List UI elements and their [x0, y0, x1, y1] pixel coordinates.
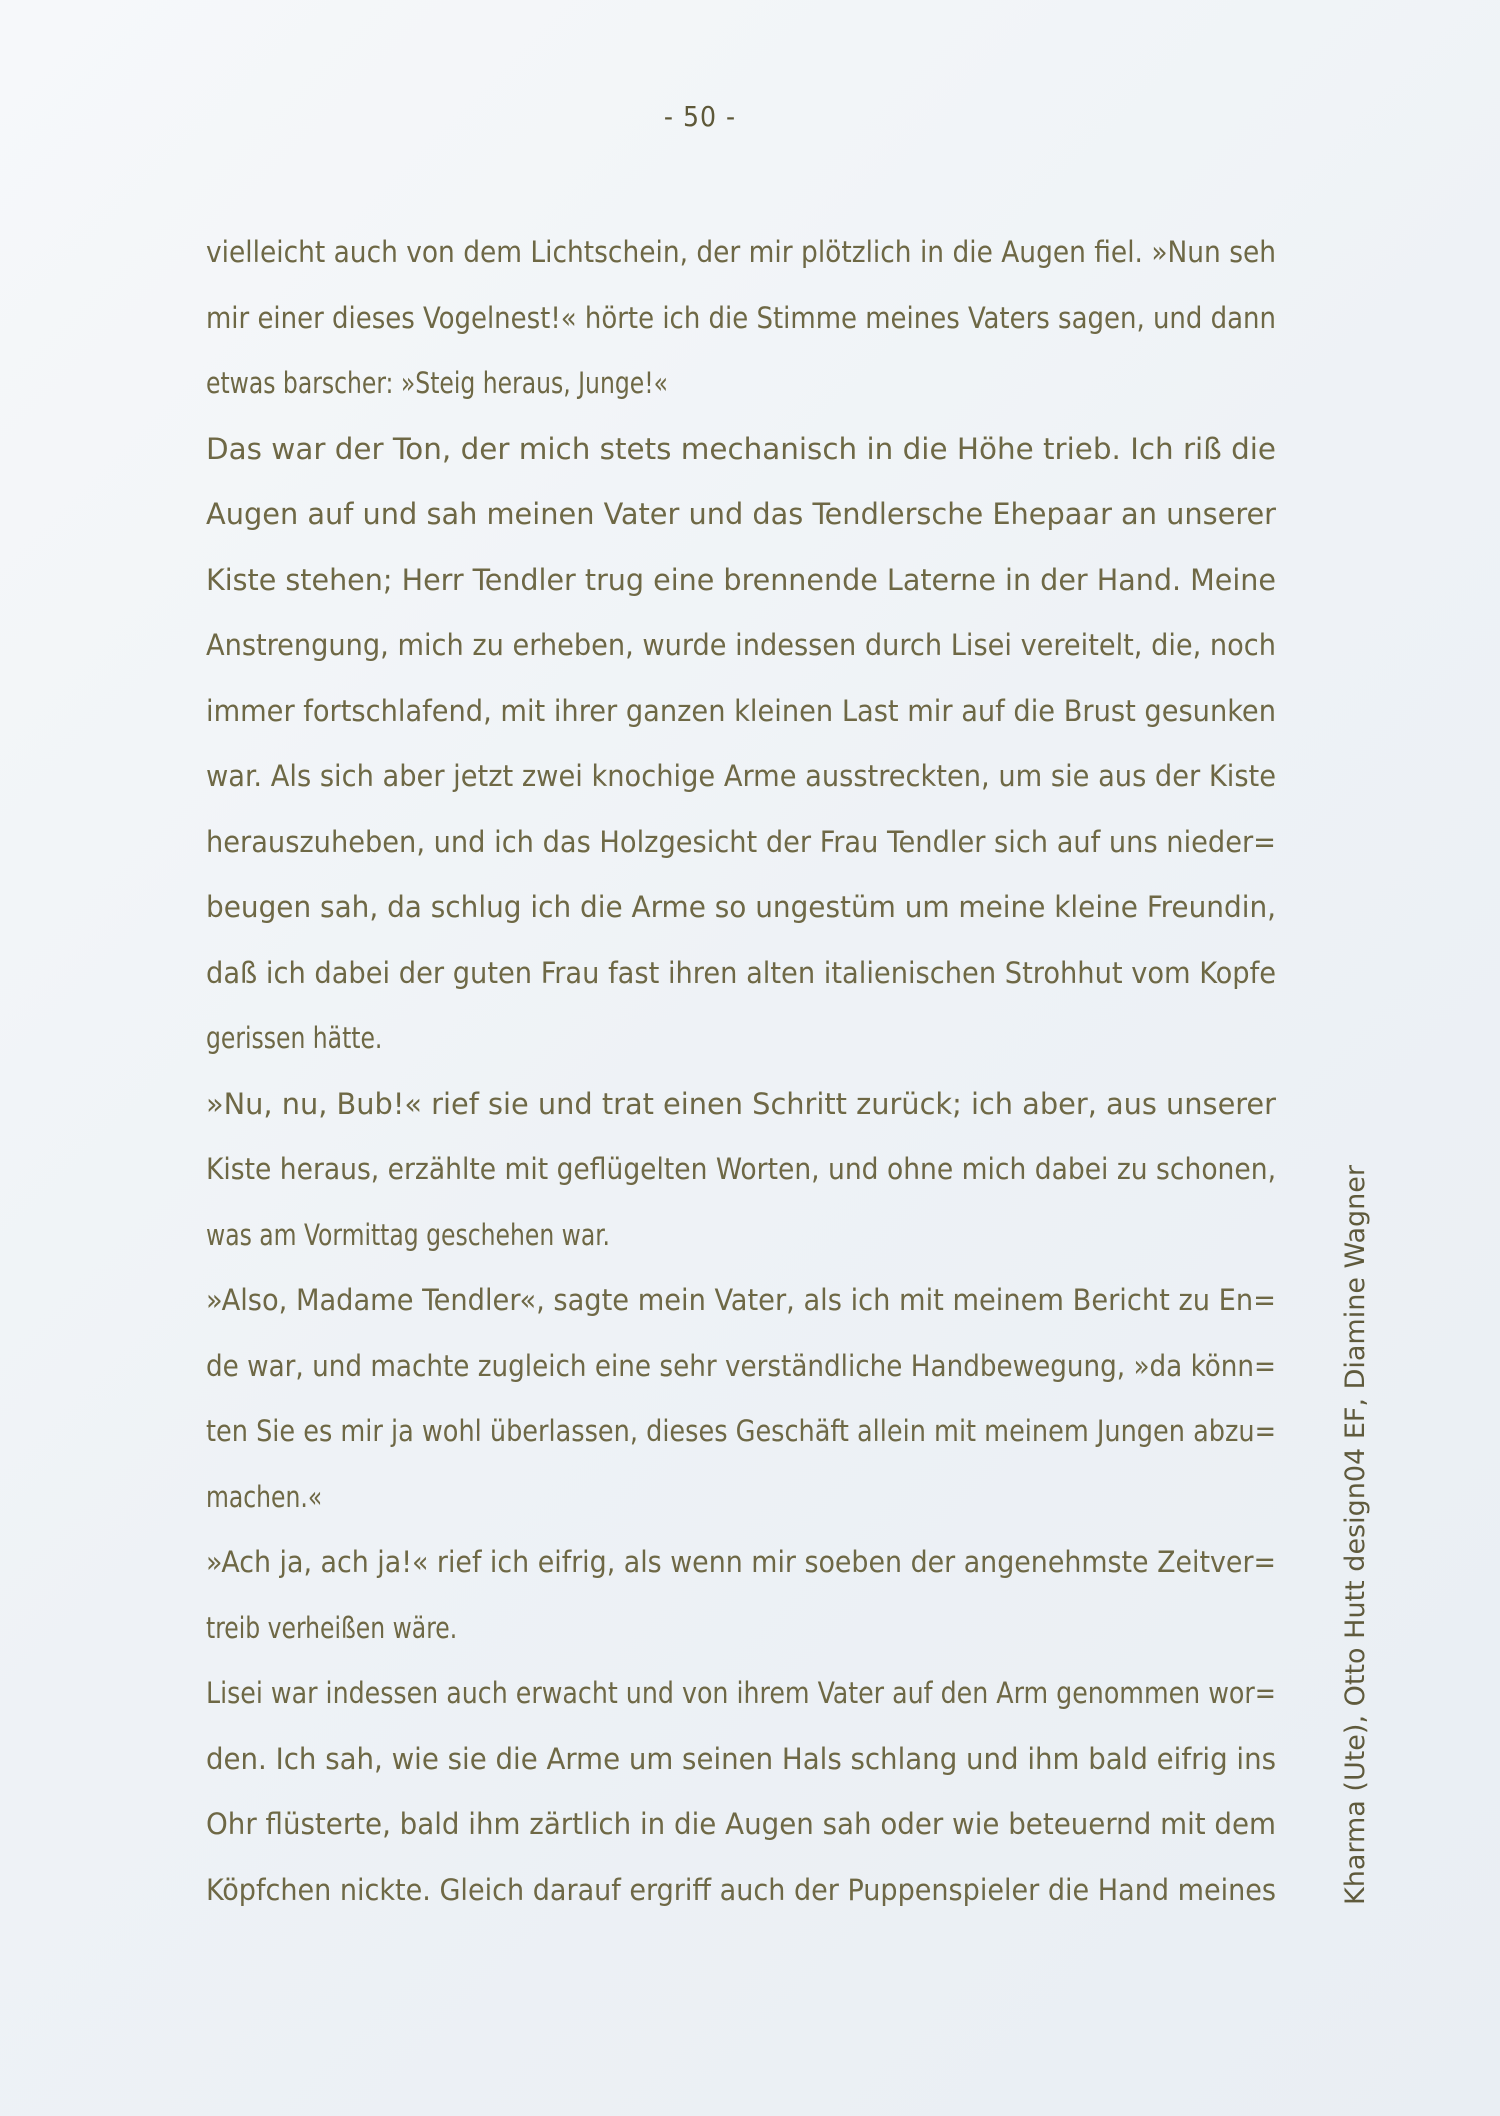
- text-line: Köpfchen nickte. Gleich darauf ergriff a…: [206, 1870, 1346, 1936]
- text-line: Anstrengung, mich zu erheben, wurde inde…: [206, 625, 1353, 691]
- text-line: de war, und machte zugleich eine sehr ve…: [206, 1346, 1312, 1412]
- text-line: »Ach ja, ach ja!« rief ich eifrig, als w…: [206, 1542, 1338, 1608]
- text-line: Ohr flüsterte, bald ihm zärtlich in die …: [206, 1804, 1373, 1870]
- text-line: war. Als sich aber jetzt zwei knochige A…: [206, 756, 1355, 822]
- text-line: Kiste heraus, erzählte mit geflügelten W…: [206, 1149, 1325, 1215]
- text-line: mir einer dieses Vogelnest!« hörte ich d…: [206, 298, 1301, 364]
- text-line: Augen auf und sah meinen Vater und das T…: [206, 494, 1420, 560]
- text-line: Lisei war indessen auch erwacht und von …: [206, 1673, 1273, 1739]
- text-line: treib verheißen wäre.: [206, 1608, 1196, 1674]
- text-line: Das war der Ton, der mich stets mechanis…: [206, 429, 1445, 495]
- text-line: daß ich dabei der guten Frau fast ihren …: [206, 953, 1356, 1019]
- text-line: immer fortschlafend, mit ihrer ganzen kl…: [206, 691, 1355, 757]
- text-line: vielleicht auch von dem Lichtschein, der…: [206, 232, 1321, 298]
- text-line: beugen sah, da schlug ich die Arme so un…: [206, 887, 1383, 953]
- paper-page: - 50 - vielleicht auch von dem Lichtsche…: [0, 0, 1500, 2116]
- handwritten-text-body: vielleicht auch von dem Lichtschein, der…: [206, 232, 1306, 1935]
- text-line: gerissen hätte.: [206, 1018, 1196, 1084]
- pen-ink-note: Kharma (Ute), Otto Hutt design04 EF, Dia…: [1340, 1185, 1371, 1905]
- page-number: - 50 -: [0, 100, 1400, 133]
- text-line: ten Sie es mir ja wohl überlassen, diese…: [206, 1411, 1284, 1477]
- text-line: »Nu, nu, Bub!« rief sie und trat einen S…: [206, 1084, 1420, 1150]
- text-line: was am Vormittag geschehen war.: [206, 1215, 1196, 1281]
- text-line: »Also, Madame Tendler«, sagte mein Vater…: [206, 1280, 1355, 1346]
- text-line: machen.«: [206, 1477, 1196, 1543]
- text-line: Kiste stehen; Herr Tendler trug eine bre…: [206, 560, 1411, 626]
- text-line: herauszuheben, und ich das Holzgesicht d…: [206, 822, 1355, 888]
- text-line: den. Ich sah, wie sie die Arme um seinen…: [206, 1739, 1371, 1805]
- text-line: etwas barscher: »Steig heraus, Junge!«: [206, 363, 1196, 429]
